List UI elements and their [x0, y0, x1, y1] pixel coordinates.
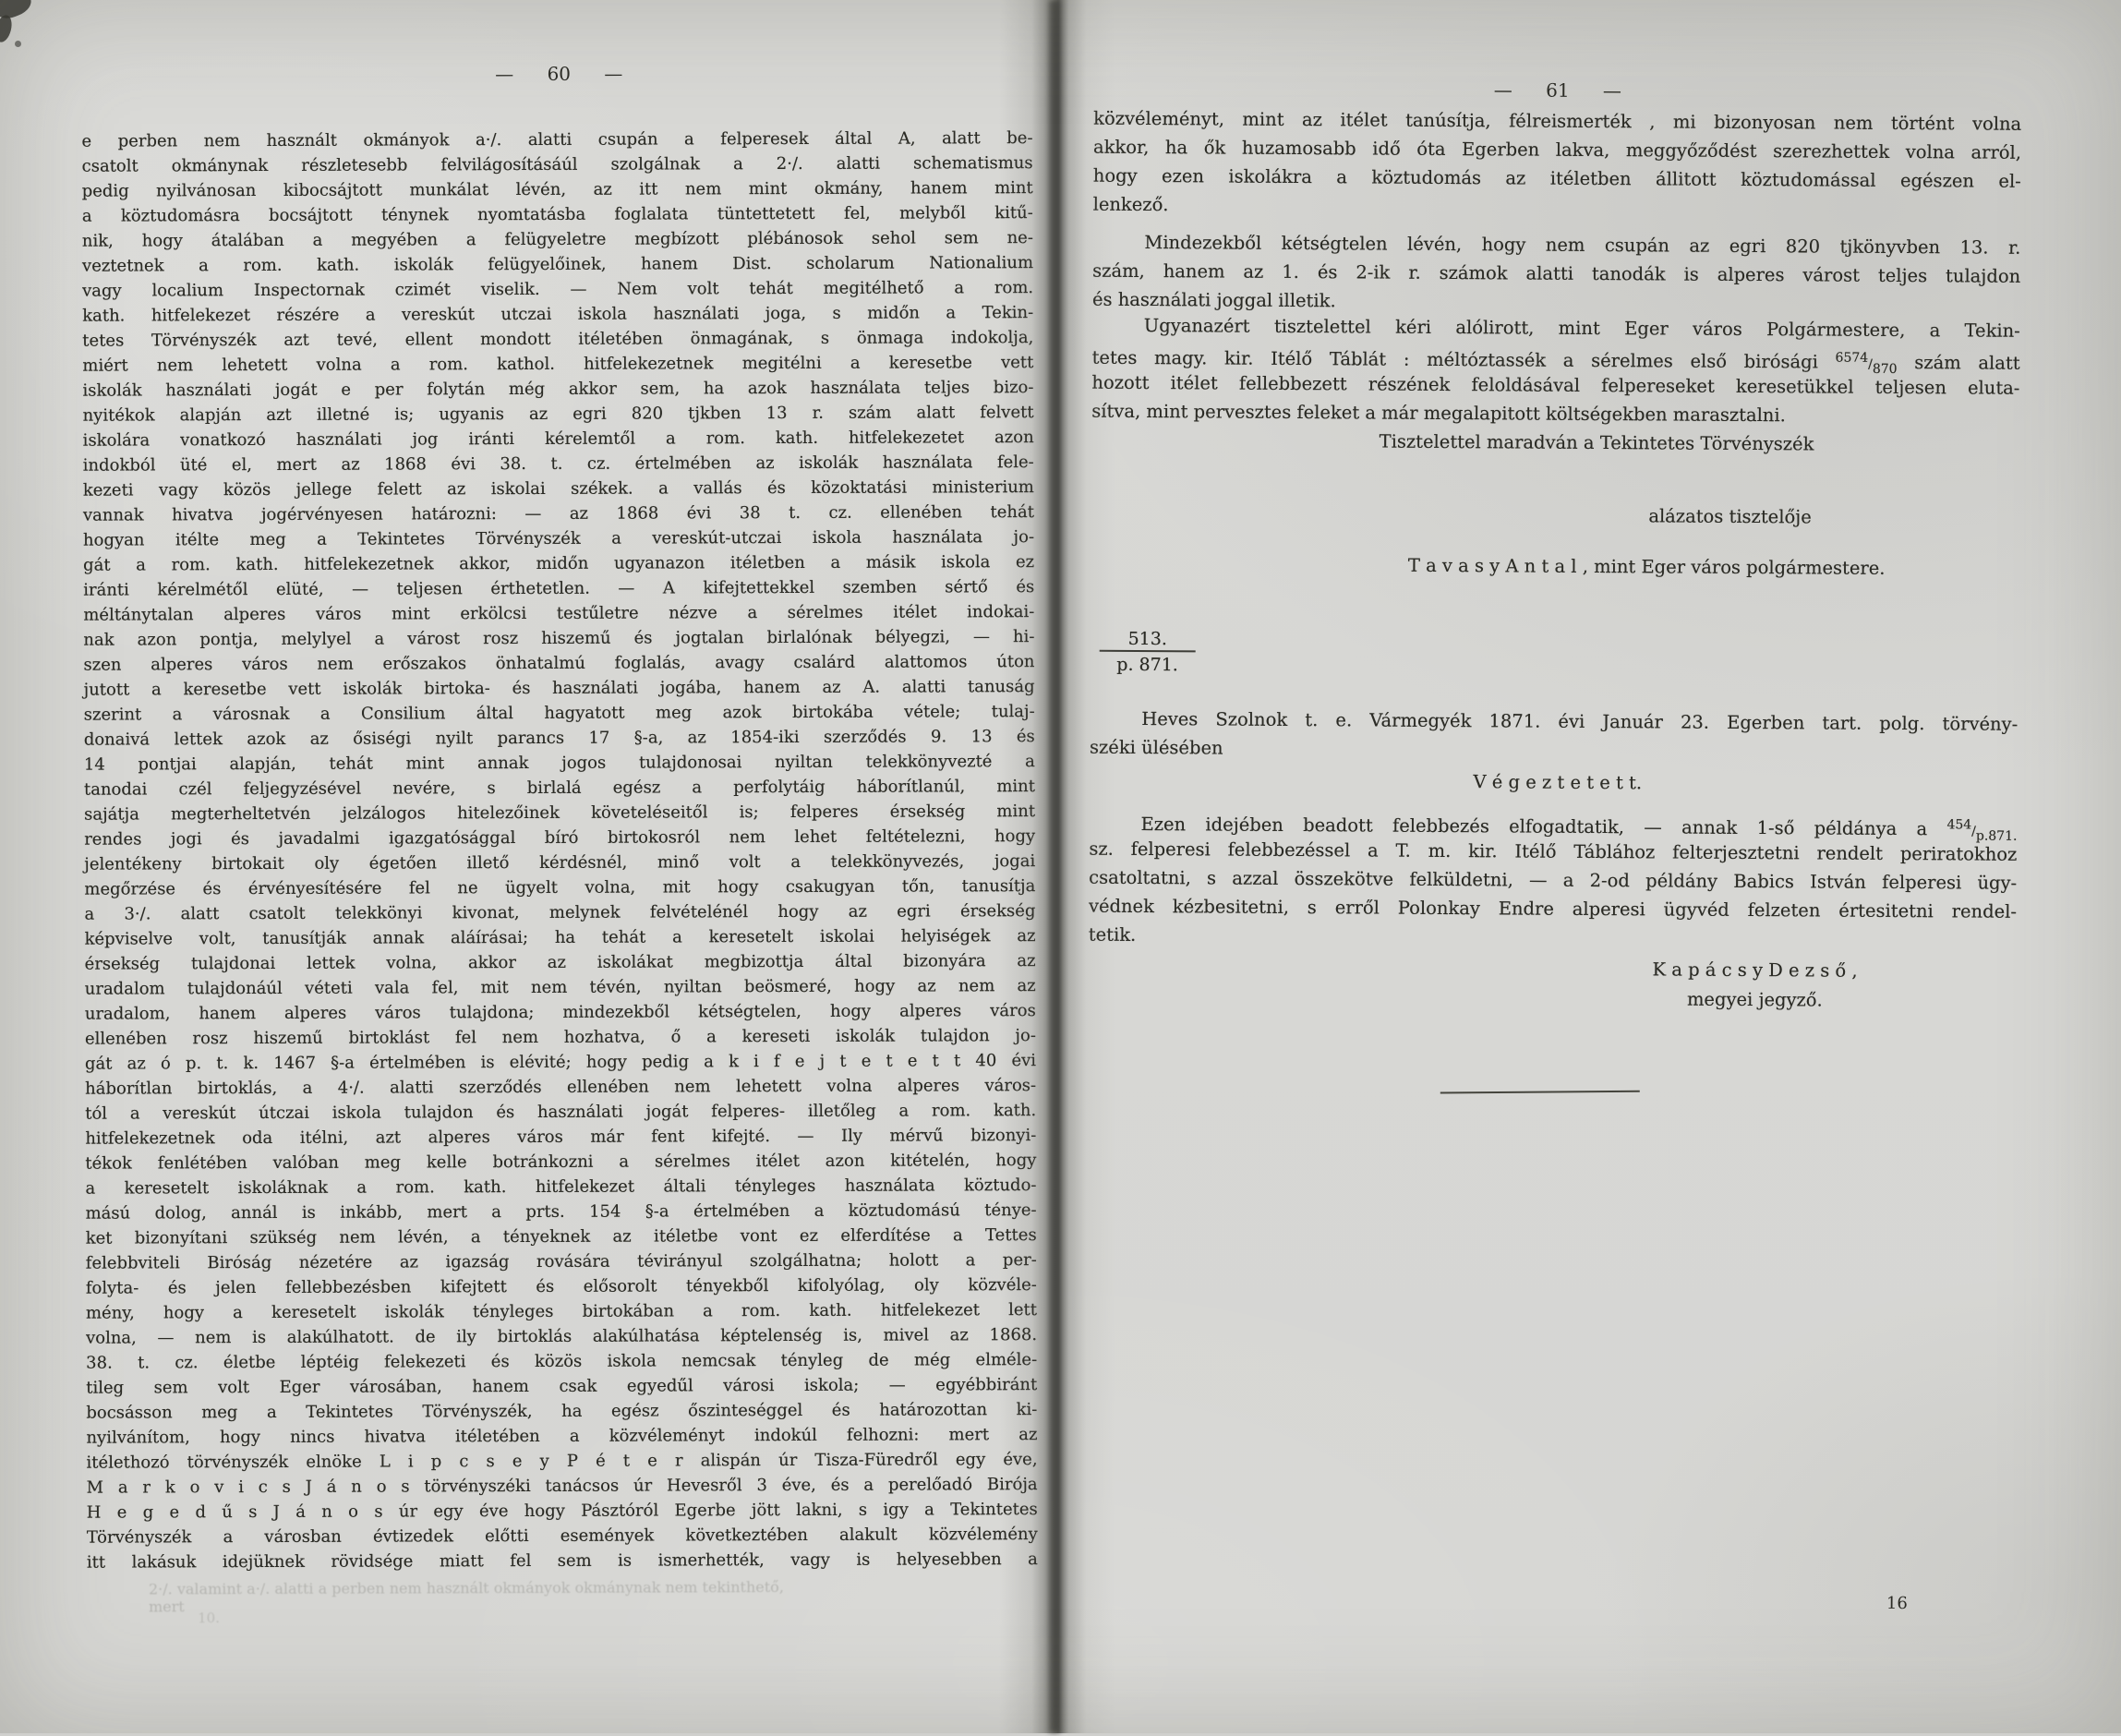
text-line: háborítlan birtoklás, a 4·/. alatti szer…: [85, 1073, 1036, 1102]
text-line: donaivá lettek azok az ősiségi nyilt par…: [84, 724, 1035, 753]
text-line: rendes jogi és javadalmi igazgatósággal …: [84, 824, 1035, 852]
page-61-content: — 61 — közvéleményt, mint az itélet tanú…: [1067, 0, 2121, 1733]
decree-heading: V é g e z t e t e t t.: [1147, 769, 1969, 795]
text-line: ellenében rosz hiszemű birtoklást fel ne…: [85, 1023, 1036, 1052]
text-line: pedig nyilvánosan kibocsájtott munkálat …: [82, 175, 1033, 204]
text-line: folyta- és jelen fellebbezésben kifejtet…: [86, 1272, 1037, 1301]
text-line: megőrzése és érvényesítésére fel ne ügye…: [84, 874, 1035, 902]
text-line: tanodai czél feljegyzésével nevére, s bi…: [84, 774, 1035, 802]
text-line: tileg sem volt Eger városában, hanem csa…: [86, 1372, 1037, 1401]
text-line: M a r k o v i c s J á n o s törvényszéki…: [87, 1472, 1038, 1501]
text-line: itt lakásuk idejüknek rövidsége miatt fe…: [87, 1547, 1038, 1575]
text-line: 38. t. cz. életbe léptéig felekezeti és …: [86, 1347, 1037, 1376]
text-line: uradalom, hanem alperes város tulajdona;…: [85, 998, 1036, 1027]
closing-respect-line: Tisztelettel maradván a Tekintetes Törvé…: [1167, 429, 2026, 456]
text-line: hitfelekezetnek oda itélni, azt alperes …: [85, 1123, 1036, 1151]
signatory-title: mint Eger város polgármestere.: [1588, 556, 1886, 579]
signature-kapacsy-role: megyei jegyző.: [1551, 988, 1958, 1012]
page-60: — 60 — e perben nem használt okmányok a·…: [0, 0, 1048, 1733]
page-60-text-block: e perben nem használt okmányok a·/. alat…: [81, 126, 1037, 1575]
text-line: veztetnek a rom. kath. iskolák felügyelő…: [82, 250, 1033, 279]
paragraph-public-opinion: közvéleményt, mint az itélet tanúsítja, …: [1093, 104, 2022, 224]
text-line: jelentékeny birtokait oly égetően illető…: [84, 849, 1035, 877]
paragraph-court-session: Heves Szolnok t. e. Vármegyék 1871. évi …: [1090, 705, 2018, 767]
book-spread: — 60 — e perben nem használt okmányok a·…: [0, 0, 2121, 1733]
text-line: vannak hivatva jogérvényesen határozni: …: [83, 500, 1034, 528]
text-line: volna, — nem is alakúlhatott. de ily bir…: [86, 1322, 1037, 1351]
text-line: itélethozó törvényszék elnöke L i p c s …: [86, 1447, 1037, 1476]
text-line: gát az ó p. t. k. 1467 §-a értelmében is…: [85, 1048, 1036, 1077]
text-line: vagy localium Inspectornak czimét viseli…: [82, 275, 1033, 304]
closing-humble-line: alázatos tisztelője: [1537, 505, 1924, 529]
text-line: ket bizonyítani szükség nem lévén, a tén…: [86, 1223, 1037, 1251]
paragraph-decree-text: Ezen idejében beadott felebbezés elfogad…: [1089, 806, 2018, 955]
page-61-number-header: — 61 —: [1093, 77, 2021, 104]
text-line: szen alperes város nem erőszakos önhatal…: [83, 649, 1034, 678]
text-line: hogy ezen iskolákra a köztudomás az itél…: [1093, 162, 2021, 196]
text-line: tékok fenlétében valóban meg kelle botrá…: [85, 1148, 1036, 1176]
text-line: hogyan itélte meg a Tekintetes Törvénysz…: [83, 524, 1034, 553]
text-line: uradalom tulajdonáúl véteti vala fel, mi…: [85, 973, 1036, 1002]
text-line: iskolák használati jogát e per folytán m…: [82, 375, 1033, 404]
text-line: kath. hitfelekezet részére a vereskút ut…: [82, 300, 1033, 329]
bleed-through-text: 2·/. valamint a·/. alatti a perben nem h…: [149, 1578, 795, 1615]
text-line: H e g e d ű s J á n o s úr egy éve hogy …: [87, 1497, 1038, 1525]
text-line: sítva, mint pervesztes feleket a már meg…: [1091, 397, 2019, 431]
paragraph-appeal-request: Ugyanazért tisztelettel kéri alólirott, …: [1091, 311, 2020, 431]
text-line: csatolt okmánynak részletesebb felvilágo…: [82, 151, 1033, 179]
footer-page-number: 16: [1874, 1594, 1920, 1613]
text-line: sajátja megterheltetvén jelzálogos hitel…: [84, 799, 1035, 827]
text-line: mású dolog, annál is inkább, mert a prts…: [86, 1198, 1037, 1226]
text-line: szerint a városnak a Consilium által hag…: [84, 699, 1035, 728]
text-line: érsekség tulajdonai lettek volna, akkor …: [85, 948, 1036, 977]
text-line: széki ülésében: [1090, 733, 2018, 767]
text-line: indokból üté el, mert az 1868 évi 38. t.…: [83, 450, 1034, 478]
text-line: nik, hogy átalában a megyében a felügyel…: [82, 225, 1033, 254]
text-line: tól a vereskút útczai iskola tulajdon és…: [85, 1098, 1036, 1127]
page-60-number-header: — 60 —: [83, 61, 1034, 87]
signatory-name: T a v a s y A n t a l ,: [1408, 555, 1588, 577]
text-line: Heves Szolnok t. e. Vármegyék 1871. évi …: [1090, 705, 2018, 739]
text-line: lenkező.: [1093, 190, 2021, 224]
text-line: 14 pontjai alapján, tehát mint annak jog…: [84, 749, 1035, 778]
text-line: iskolára vonatkozó használati jog iránti…: [83, 425, 1034, 453]
text-line: bocsásson meg a Tekintetes Törvényszék, …: [86, 1397, 1037, 1426]
text-line: e perben nem használt okmányok a·/. alat…: [81, 126, 1032, 154]
text-line: képviselve volt, tanusítják annak aláírá…: [85, 923, 1036, 952]
page-61: — 61 — közvéleményt, mint az itélet tanú…: [1078, 0, 2121, 1733]
text-line: Törvényszék a városban évtizedek előtti …: [87, 1522, 1038, 1550]
text-line: nyitékok alapján azt illetné is; ugyanis…: [83, 400, 1034, 428]
signature-kapacsy-dezso: K a p á c s y D e z s ő ,: [1552, 958, 1958, 983]
text-line: mény, hogy a keresetelt iskolák ténylege…: [86, 1297, 1037, 1326]
text-line: felebbviteli Biróság nézetére az igazság…: [86, 1248, 1037, 1276]
book-gutter-crease: [1049, 0, 1060, 1733]
text-line: jutott a keresetbe vett iskolák birtoka-…: [84, 674, 1035, 703]
text-line: tetik.: [1089, 921, 2017, 955]
divider-rule: [1440, 1091, 1640, 1094]
bleed-through-text: 10.: [198, 1609, 220, 1626]
signature-tavasy-antal: T a v a s y A n t a l , mint Eger város …: [1240, 554, 2053, 580]
fraction-notation: 6574/870: [1835, 357, 1897, 372]
fraction-notation: 454/p.871.: [1946, 824, 2017, 838]
text-line: miért nem lehetett volna a rom. kathol. …: [82, 350, 1033, 379]
text-line: védnek kézbesitetni, s erről Polonkay En…: [1089, 892, 2017, 926]
text-line: nak azon pontja, melylyel a várost rosz …: [83, 624, 1034, 653]
text-line: tetes Törvényszék azt tevé, ellent mondo…: [82, 325, 1033, 354]
text-line: a 3·/. alatt csatolt telekkönyi kivonat,…: [84, 898, 1035, 927]
text-line: a keresetelt iskoláknak a rom. kath. hit…: [85, 1173, 1036, 1201]
paragraph-ownership-conclusion: Mindezekből kétségtelen lévén, hogy nem …: [1092, 228, 2021, 319]
text-line: nyilvánítom, hogy nincs hivatva itéletéb…: [86, 1422, 1037, 1451]
text-line: méltánytalan alperes város mint erkölcsi…: [83, 599, 1034, 628]
text-line: iránti kérelmétől elüté, — teljesen érth…: [83, 574, 1034, 603]
text-line: kezeti vagy közös jellege felett az isko…: [83, 475, 1034, 503]
text-line: gát a rom. kath. hitfelekezetnek akkor, …: [83, 549, 1034, 578]
page-60-content: — 60 — e perben nem használt okmányok a·…: [0, 0, 1054, 1733]
text-line: a köztudomásra bocsájtott ténynek nyomta…: [82, 200, 1033, 229]
